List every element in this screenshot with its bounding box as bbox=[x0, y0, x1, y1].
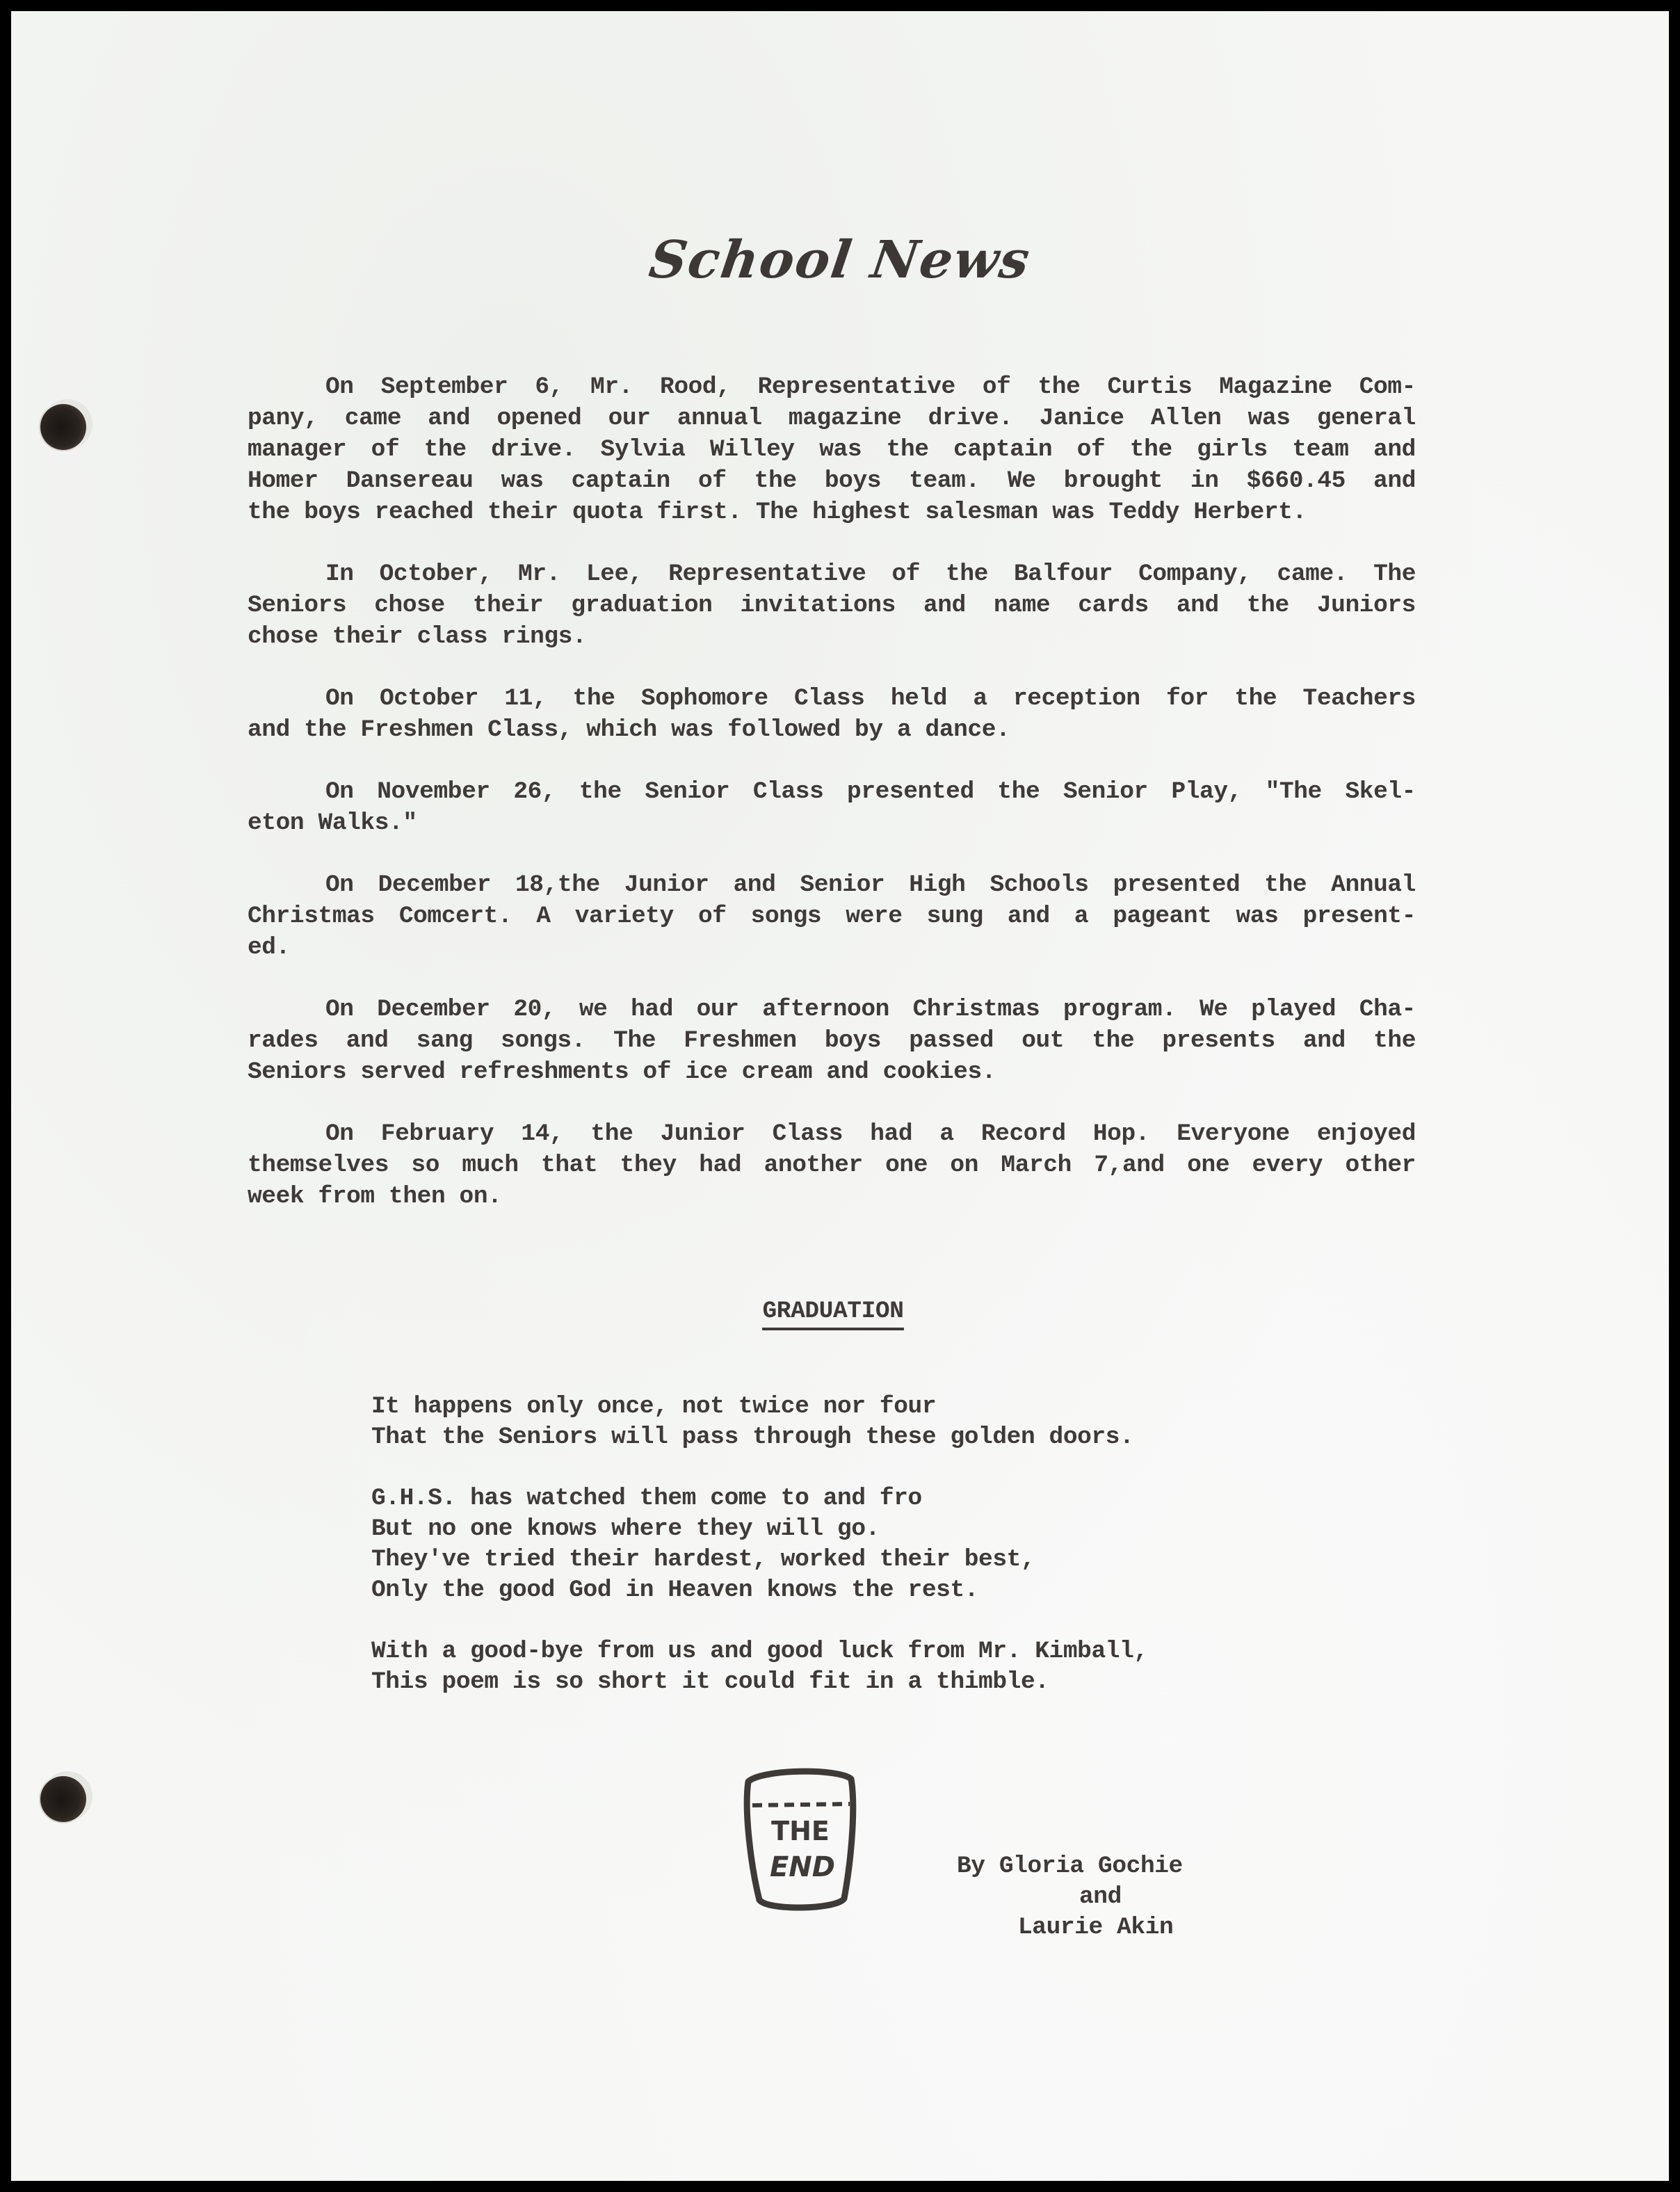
paragraph-line: Seniors chose their graduation invitatio… bbox=[248, 590, 1416, 621]
paragraph-line: On December 18,the Junior and Senior Hig… bbox=[248, 869, 1416, 901]
poem-line: They've tried their hardest, worked thei… bbox=[371, 1545, 1148, 1575]
poem-line: It happens only once, not twice nor four bbox=[371, 1392, 1148, 1422]
paragraph-line: On February 14, the Junior Class had a R… bbox=[248, 1118, 1416, 1150]
news-paragraph: On September 6, Mr. Rood, Representative… bbox=[248, 371, 1416, 528]
the-end-line2: END bbox=[770, 1851, 835, 1883]
poem-line: But no one knows where they will go. bbox=[371, 1514, 1148, 1545]
graduation-heading-text: GRADUATION bbox=[762, 1298, 903, 1330]
poem-line: Only the good God in Heaven knows the re… bbox=[371, 1575, 1148, 1606]
punch-hole-icon bbox=[40, 404, 86, 450]
paragraph-line: Christmas Comcert. A variety of songs we… bbox=[248, 901, 1416, 932]
paragraph-line: rades and sang songs. The Freshmen boys … bbox=[248, 1025, 1416, 1056]
paragraph-line: On September 6, Mr. Rood, Representative… bbox=[248, 371, 1416, 403]
poem-line: That the Seniors will pass through these… bbox=[371, 1422, 1148, 1453]
news-paragraph: On October 11, the Sophomore Class held … bbox=[248, 683, 1416, 746]
the-end-line1: THE bbox=[771, 1816, 830, 1846]
scanned-page: School News On September 6, Mr. Rood, Re… bbox=[11, 11, 1669, 2181]
paragraph-line: On November 26, the Senior Class present… bbox=[248, 776, 1416, 807]
the-end-cup-icon: THE END bbox=[733, 1762, 865, 1915]
paragraph-line: Seniors served refreshments of ice cream… bbox=[248, 1056, 1416, 1088]
graduation-poem: It happens only once, not twice nor four… bbox=[371, 1392, 1148, 1728]
paragraph-line: and the Freshmen Class, which was follow… bbox=[248, 714, 1416, 746]
paragraph-line: themselves so much that they had another… bbox=[248, 1150, 1416, 1181]
news-paragraph: On November 26, the Senior Class present… bbox=[248, 776, 1416, 839]
punch-hole-icon bbox=[40, 1776, 86, 1822]
paragraph-line: week from then on. bbox=[248, 1181, 1416, 1212]
news-paragraph: On December 18,the Junior and Senior Hig… bbox=[248, 869, 1416, 963]
byline-author-2: Laurie Akin bbox=[957, 1912, 1183, 1943]
paragraph-line: chose their class rings. bbox=[248, 621, 1416, 652]
paragraph-line: manager of the drive. Sylvia Willey was … bbox=[248, 434, 1416, 465]
graduation-heading: GRADUATION bbox=[11, 1298, 1669, 1330]
paragraph-line: ed. bbox=[248, 932, 1416, 963]
poem-stanza: G.H.S. has watched them come to and froB… bbox=[371, 1483, 1148, 1606]
byline: By Gloria Gochie and Laurie Akin bbox=[957, 1851, 1183, 1943]
poem-line: This poem is so short it could fit in a … bbox=[371, 1667, 1148, 1698]
poem-line: G.H.S. has watched them come to and fro bbox=[371, 1483, 1148, 1514]
news-paragraph: In October, Mr. Lee, Representative of t… bbox=[248, 558, 1416, 652]
paragraph-line: In October, Mr. Lee, Representative of t… bbox=[248, 558, 1416, 590]
page-title: School News bbox=[7, 230, 1673, 290]
news-paragraph: On December 20, we had our afternoon Chr… bbox=[248, 994, 1416, 1088]
paragraph-line: the boys reached their quota first. The … bbox=[248, 497, 1416, 528]
paragraph-line: On December 20, we had our afternoon Chr… bbox=[248, 994, 1416, 1025]
paragraph-line: Homer Dansereau was captain of the boys … bbox=[248, 465, 1416, 497]
byline-and: and bbox=[957, 1882, 1183, 1912]
news-body: On September 6, Mr. Rood, Representative… bbox=[248, 371, 1416, 1243]
poem-stanza: It happens only once, not twice nor four… bbox=[371, 1392, 1148, 1453]
paragraph-line: eton Walks." bbox=[248, 807, 1416, 839]
paragraph-line: pany, came and opened our annual magazin… bbox=[248, 403, 1416, 434]
poem-line: With a good-bye from us and good luck fr… bbox=[371, 1636, 1148, 1667]
paragraph-line: On October 11, the Sophomore Class held … bbox=[248, 683, 1416, 714]
byline-author-1: By Gloria Gochie bbox=[957, 1851, 1183, 1882]
poem-stanza: With a good-bye from us and good luck fr… bbox=[371, 1636, 1148, 1698]
news-paragraph: On February 14, the Junior Class had a R… bbox=[248, 1118, 1416, 1212]
